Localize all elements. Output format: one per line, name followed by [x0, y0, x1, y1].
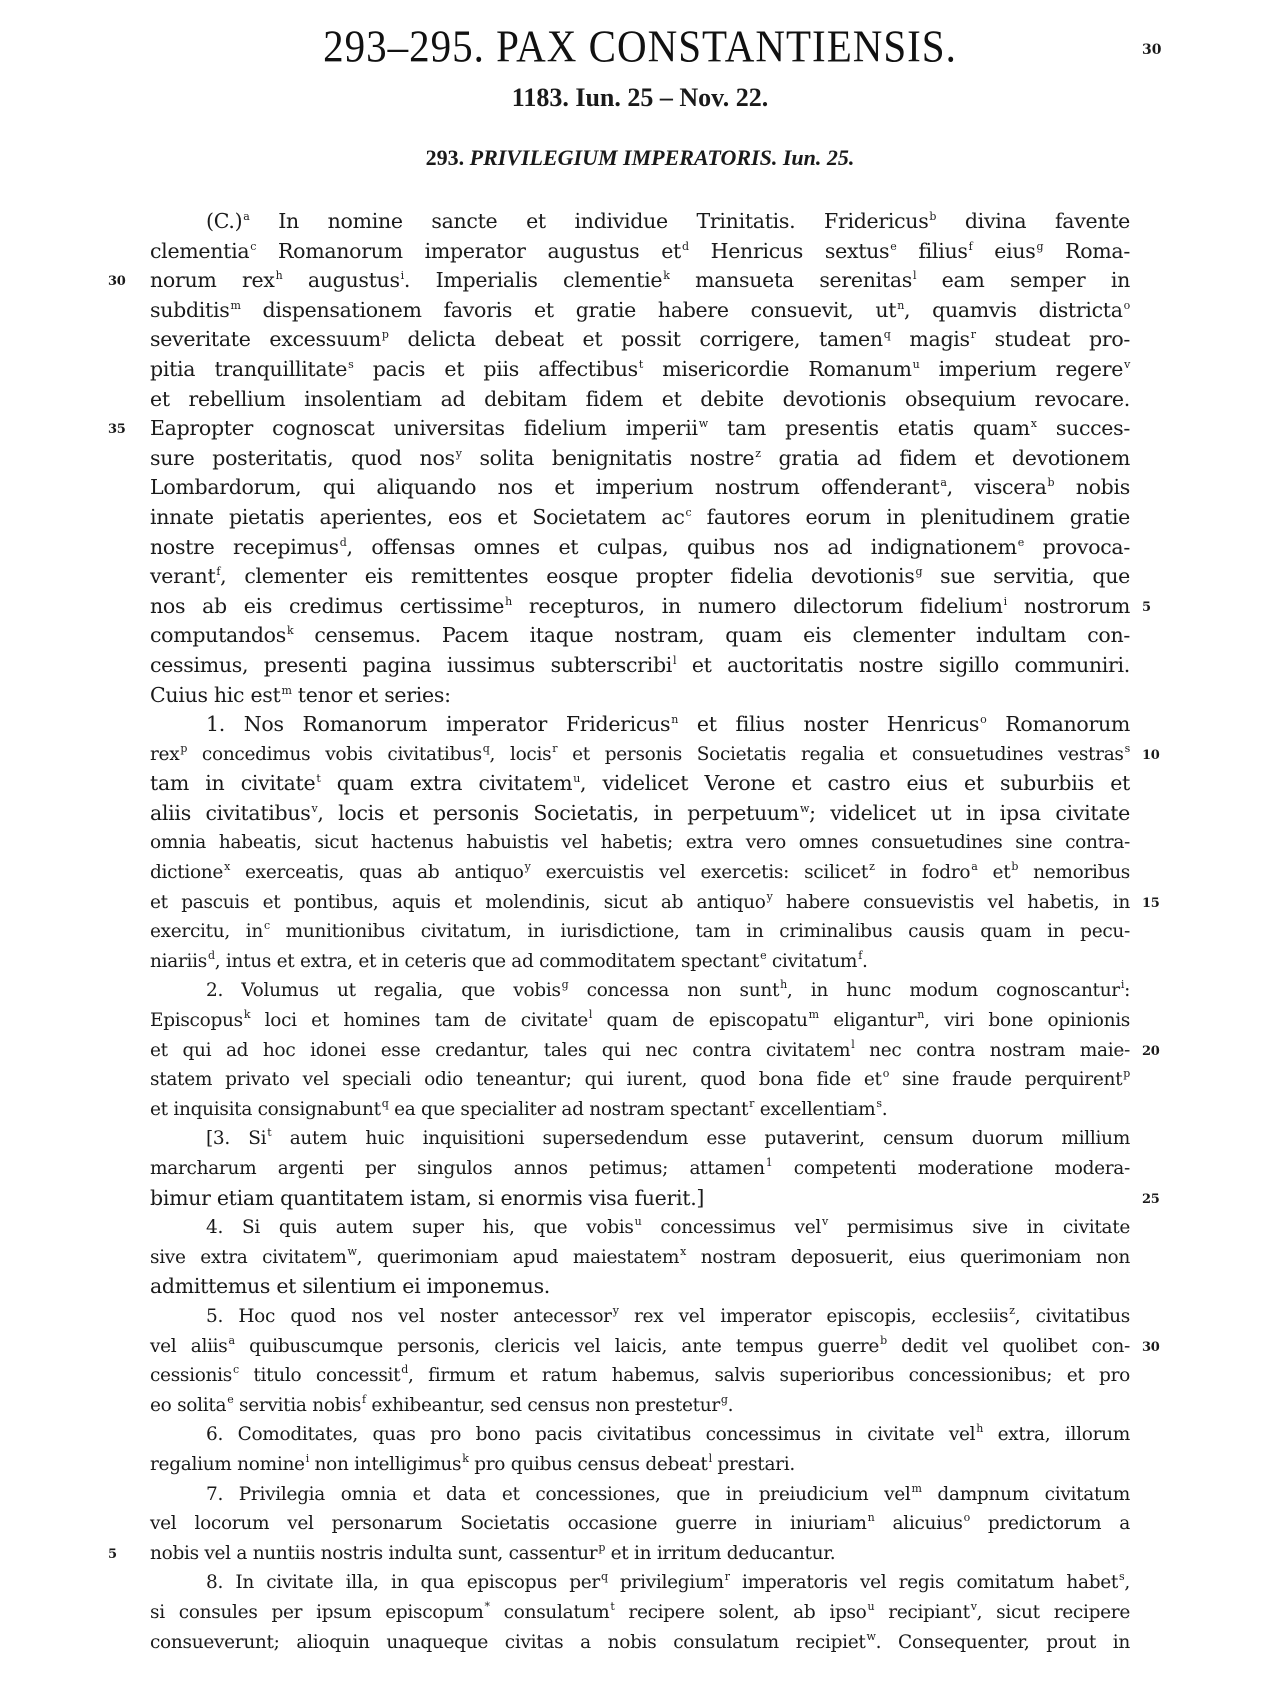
footnote-marker: t	[316, 772, 320, 785]
footnote-marker: w	[699, 417, 708, 430]
text-line: 5. Hoc quod nos vel noster antecessory r…	[150, 1302, 1130, 1332]
footnote-marker: b	[1048, 476, 1055, 489]
text-line: vel aliisa quibuscumque personis, cleric…	[150, 1332, 1130, 1362]
footnote-marker: o	[980, 713, 986, 726]
footnote-marker: v	[822, 1215, 828, 1228]
document-title: 293. PRIVILEGIUM IMPERATORIS. Iun. 25.	[0, 145, 1280, 171]
footnote-marker: w	[347, 1245, 356, 1258]
footnote-marker: k	[287, 624, 293, 637]
footnote-marker: a	[243, 210, 249, 223]
text-line: admittemus et silentium ei imponemus.	[150, 1272, 1130, 1302]
footnote-marker: y	[613, 1304, 619, 1317]
footnote-marker: n	[897, 299, 904, 312]
footnote-marker: w	[867, 1630, 876, 1643]
footnote-marker: r	[725, 1570, 730, 1583]
footnote-marker: a	[229, 1334, 235, 1347]
text-line: pitia tranquillitates pacis et piis affe…	[150, 355, 1130, 385]
footnote-marker: t	[610, 1600, 614, 1613]
footnote-marker: e	[760, 949, 766, 962]
text-line: bimur etiam quantitatem istam, si enormi…	[150, 1184, 1130, 1214]
margin-line-number: 30	[1142, 42, 1161, 58]
footnote-marker: q	[483, 742, 490, 755]
footnote-marker: i	[306, 1452, 309, 1465]
footnote-marker: l	[589, 1008, 592, 1021]
text-line: omnia habeatis, sicut hactenus habuistis…	[150, 828, 1130, 858]
footnote-marker: x	[680, 1245, 686, 1258]
text-line: verantf, clementer eis remittentes eosqu…	[150, 562, 1130, 592]
footnote-marker: b	[929, 210, 936, 223]
footnote-marker: g	[915, 565, 922, 578]
text-line: aliis civitatibusv, locis et personis So…	[150, 799, 1130, 829]
footnote-marker: s	[1119, 1570, 1124, 1583]
footnote-marker: l	[709, 1452, 712, 1465]
text-line: norum rexh augustusi. Imperialis clement…	[150, 266, 1130, 296]
footnote-marker: v	[1124, 358, 1130, 371]
text-line: statem privato vel speciali odio teneant…	[150, 1065, 1130, 1095]
text-line: clementiac Romanorum imperator augustus …	[150, 237, 1130, 267]
footnote-marker: h	[780, 978, 787, 991]
footnote-marker: y	[456, 447, 462, 460]
footnote-marker: t	[267, 1126, 271, 1139]
footnote-marker: p	[180, 742, 187, 755]
document-date: Iun. 25.	[783, 145, 855, 170]
footnote-marker: u	[635, 1215, 642, 1228]
margin-line-number: 20	[1142, 1037, 1160, 1067]
footnote-marker: d	[401, 1363, 408, 1376]
footnote-marker: t	[639, 358, 643, 371]
footnote-marker: n	[917, 1008, 924, 1021]
document-title-text: PRIVILEGIUM IMPERATORIS.	[470, 145, 778, 170]
text-line: dictionex exerceatis, quas ab antiquoy e…	[150, 858, 1130, 888]
running-title: 293–295. PAX CONSTANTIENSIS.	[0, 19, 1280, 73]
footnote-marker: v	[311, 802, 317, 815]
document-page: 293–295. PAX CONSTANTIENSIS. 30 1183. Iu…	[0, 0, 1280, 1704]
footnote-marker: r	[971, 328, 976, 341]
footnote-marker: z	[1009, 1304, 1015, 1317]
footnote-marker: m	[912, 1482, 922, 1495]
margin-line-number: 10	[1142, 741, 1160, 771]
text-line: et qui ad hoc idonei esse credantur, tal…	[150, 1036, 1130, 1066]
footnote-marker: p	[598, 1541, 605, 1554]
footnote-marker: v	[971, 1600, 977, 1613]
text-line: [3. Sit autem huic inquisitioni supersed…	[150, 1124, 1130, 1154]
footnote-marker: s	[876, 1097, 881, 1110]
footnote-marker: i	[401, 269, 404, 282]
date-range: 1183. Iun. 25 – Nov. 22.	[0, 83, 1280, 113]
text-line: (C.)a In nomine sancte et individue Trin…	[150, 207, 1130, 237]
footnote-marker: *	[485, 1600, 490, 1613]
text-line: innate pietatis aperientes, eos et Socie…	[150, 503, 1130, 533]
text-line: regalium nominei non intelligimusk pro q…	[150, 1450, 1130, 1480]
footnote-marker: s	[348, 358, 353, 371]
text-line: Eapropter cognoscat universitas fidelium…	[150, 414, 1130, 444]
text-line: niariisd, intus et extra, et in ceteris …	[150, 947, 1130, 977]
footnote-marker: x	[224, 860, 230, 873]
footnote-marker: b	[1011, 860, 1018, 873]
margin-line-number: 30	[108, 267, 126, 297]
text-line: nobis vel a nuntiis nostris indulta sunt…	[150, 1539, 1130, 1569]
footnote-marker: f	[216, 565, 220, 578]
footnote-marker: e	[890, 240, 896, 253]
text-line: Cuius hic estm tenor et series:	[150, 681, 1130, 711]
text-line: nos ab eis credimus certissimeh receptur…	[150, 592, 1130, 622]
footnote-marker: m	[281, 684, 291, 697]
text-line: tam in civitatet quam extra civitatemu, …	[150, 769, 1130, 799]
footnote-marker: l	[851, 1038, 854, 1051]
footnote-marker: q	[382, 1097, 389, 1110]
text-line: eo solitae servitia nobisf exhibeantur, …	[150, 1391, 1130, 1421]
footnote-marker: h	[976, 1422, 983, 1435]
text-line: Episcopusk loci et homines tam de civita…	[150, 1006, 1130, 1036]
text-line: et rebellium insolentiam ad debitam fide…	[150, 385, 1130, 415]
text-line: computandosk censemus. Pacem itaque nost…	[150, 621, 1130, 651]
footnote-marker: q	[884, 328, 891, 341]
text-line: consueverunt; alioquin unaqueque civitas…	[150, 1628, 1130, 1658]
footnote-marker: g	[1036, 240, 1043, 253]
margin-line-number: 5	[1142, 593, 1151, 623]
footnote-marker: l	[913, 269, 916, 282]
footnote-marker: g	[721, 1393, 728, 1406]
document-number: 293.	[426, 145, 465, 170]
footnote-marker: d	[682, 240, 689, 253]
footnote-marker: g	[562, 978, 569, 991]
footnote-marker: f	[969, 240, 973, 253]
text-line: 6. Comoditates, quas pro bono pacis civi…	[150, 1420, 1130, 1450]
footnote-marker: y	[767, 890, 773, 903]
footnote-marker: c	[264, 919, 270, 932]
footnote-marker: k	[663, 269, 669, 282]
footnote-marker: r	[552, 742, 557, 755]
margin-line-number: 35	[108, 415, 126, 445]
text-line: 7. Privilegia omnia et data et concessio…	[150, 1480, 1130, 1510]
footnote-marker: o	[1124, 299, 1130, 312]
text-line: 2. Volumus ut regalia, que vobisg conces…	[150, 976, 1130, 1006]
text-line: et pascuis et pontibus, aquis et molendi…	[150, 888, 1130, 918]
text-line: 1. Nos Romanorum imperator Fridericusn e…	[150, 710, 1130, 740]
footnote-marker: y	[525, 860, 531, 873]
footnote-marker: c	[686, 506, 692, 519]
footnote-marker: q	[601, 1570, 608, 1583]
footnote-marker: k	[244, 1008, 250, 1021]
footnote-marker: l	[673, 654, 676, 667]
footnote-marker: a	[971, 860, 977, 873]
footnote-marker: k	[462, 1452, 468, 1465]
footnote-marker: c	[233, 1363, 239, 1376]
footnote-marker: p	[1123, 1067, 1130, 1080]
footnote-marker: o	[964, 1511, 970, 1524]
footnote-marker: x	[1031, 417, 1037, 430]
text-line: cessionisc titulo concessitd, firmum et …	[150, 1361, 1130, 1391]
footnote-marker: n	[868, 1511, 875, 1524]
margin-line-number: 30	[1142, 1333, 1160, 1363]
footnote-marker: m	[809, 1008, 819, 1021]
footnote-marker: 1	[766, 1156, 773, 1169]
text-line: rexp concedimus vobis civitatibusq, loci…	[150, 740, 1130, 770]
footnote-marker: c	[250, 240, 256, 253]
footnote-marker: w	[800, 802, 809, 815]
footnote-marker: b	[880, 1334, 887, 1347]
footnote-marker: f	[858, 949, 862, 962]
footnote-marker: z	[755, 447, 761, 460]
footnote-marker: s	[1125, 742, 1130, 755]
margin-line-number: 15	[1142, 889, 1160, 919]
footnote-marker: i	[1004, 595, 1007, 608]
footnote-marker: a	[940, 476, 946, 489]
body-text: (C.)a In nomine sancte et individue Trin…	[150, 207, 1130, 1657]
footnote-marker: e	[1018, 536, 1024, 549]
text-line: severitate excessuump delicta debeat et …	[150, 325, 1130, 355]
text-line: 4. Si quis autem super his, que vobisu c…	[150, 1213, 1130, 1243]
footnote-marker: o	[883, 1067, 889, 1080]
text-line: vel locorum vel personarum Societatis oc…	[150, 1509, 1130, 1539]
text-line: sure posteritatis, quod nosy solita beni…	[150, 444, 1130, 474]
footnote-marker: d	[340, 536, 347, 549]
footnote-marker: i	[1121, 978, 1124, 991]
text-line: subditism dispensationem favoris et grat…	[150, 296, 1130, 326]
text-line: 8. In civitate illa, in qua episcopus pe…	[150, 1568, 1130, 1598]
text-line: marcharum argenti per singulos annos pet…	[150, 1154, 1130, 1184]
footnote-marker: r	[749, 1097, 754, 1110]
text-line: cessimus, presenti pagina iussimus subte…	[150, 651, 1130, 681]
footnote-marker: u	[573, 772, 580, 785]
footnote-marker: z	[869, 860, 875, 873]
margin-line-number: 25	[1142, 1185, 1160, 1215]
margin-line-number: 5	[108, 1540, 117, 1570]
footnote-marker: p	[382, 328, 389, 341]
footnote-marker: u	[868, 1600, 875, 1613]
footnote-marker: f	[362, 1393, 366, 1406]
footnote-marker: e	[227, 1393, 233, 1406]
text-line: exercitu, inc munitionibus civitatum, in…	[150, 917, 1130, 947]
text-line: et inquisita consignabuntq ea que specia…	[150, 1095, 1130, 1125]
footnote-marker: h	[276, 269, 283, 282]
footnote-marker: u	[913, 358, 920, 371]
footnote-marker: d	[208, 949, 215, 962]
text-line: sive extra civitatemw, querimoniam apud …	[150, 1243, 1130, 1273]
footnote-marker: m	[230, 299, 240, 312]
text-line: nostre recepimusd, offensas omnes et cul…	[150, 533, 1130, 563]
footnote-marker: h	[505, 595, 512, 608]
text-line: si consules per ipsum episcopum* consula…	[150, 1598, 1130, 1628]
text-line: Lombardorum, qui aliquando nos et imperi…	[150, 473, 1130, 503]
footnote-marker: n	[671, 713, 678, 726]
